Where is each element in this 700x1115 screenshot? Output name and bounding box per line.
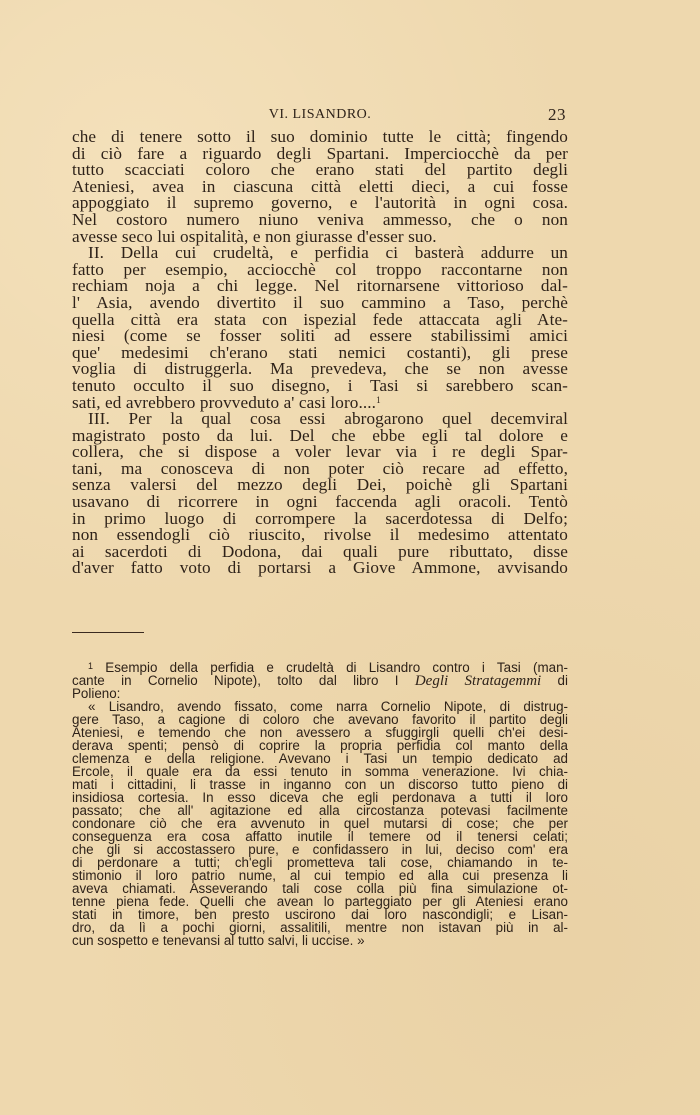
chapter-title: VI. LISANDRO. <box>72 107 568 123</box>
footnotes: 1 Esempio della perfidia e crudeltà di L… <box>72 661 568 947</box>
footnote-line: cante in Cornelio Nipote), tolto dal lib… <box>72 674 568 687</box>
running-head: VI. LISANDRO. 23 <box>72 107 568 127</box>
body-text: che di tenere sotto il suo dominio tutte… <box>72 129 568 577</box>
footnote-separator <box>72 632 144 633</box>
footnote-reference[interactable]: 1 <box>376 395 381 405</box>
body-line: d'aver fatto voto di portarsi a Giove Am… <box>72 560 568 577</box>
page-number: 23 <box>548 105 566 125</box>
footnote-marker: 1 <box>88 661 93 671</box>
book-page: VI. LISANDRO. 23 che di tenere sotto il … <box>0 0 700 1115</box>
quote-line: cun sospetto e tenevansi al tutto salvi,… <box>72 934 568 947</box>
book-title: Degli Stratagemmi <box>415 673 541 689</box>
